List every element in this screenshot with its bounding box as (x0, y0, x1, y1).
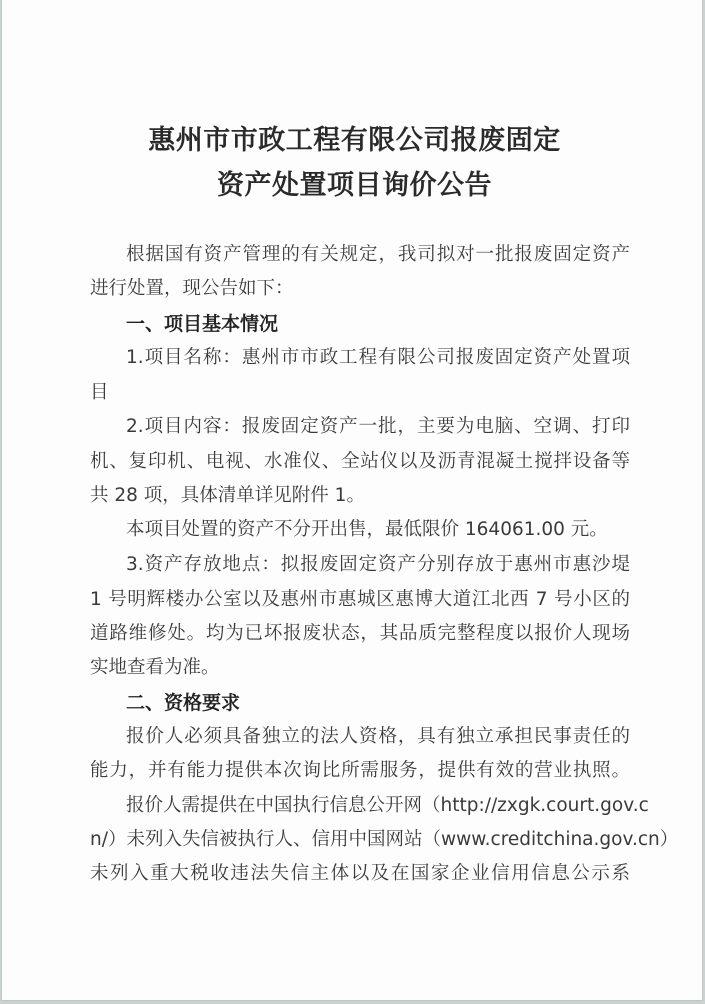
section-heading-qualification: 二、资格要求 (126, 691, 630, 715)
project-content-line-2: 机、复印机、电视、水准仪、全站仪以及沥青混凝土搅拌设备等 (90, 450, 630, 474)
intro-paragraph-line-2: 进行处置，现公告如下： (90, 277, 630, 301)
title-line-2: 资产处置项目询价公告 (2, 163, 705, 202)
section-heading-project-info: 一、项目基本情况 (126, 312, 630, 336)
credit-requirement-line-2: n/）未列入失信被执行人、信用中国网站（www.creditchina.gov.… (90, 828, 630, 852)
project-content-line-3: 共 28 项，具体清单详见附件 1。 (90, 484, 630, 508)
qualification-line-1: 报价人必须具备独立的法人资格，具有独立承担民事责任的 (126, 725, 630, 749)
title-line-1: 惠州市市政工程有限公司报废固定 (2, 118, 705, 157)
project-content-line-1: 2.项目内容：报废固定资产一批，主要为电脑、空调、打印 (126, 415, 630, 439)
minimum-price-line: 本项目处置的资产不分开出售，最低限价 164061.00 元。 (126, 518, 630, 542)
intro-paragraph-line-1: 根据国有资产管理的有关规定，我司拟对一批报废固定资产 (126, 243, 630, 267)
project-name-line-2: 目 (90, 381, 630, 405)
storage-location-line-2: 1 号明辉楼办公室以及惠州市惠城区惠博大道江北西 7 号小区的 (90, 588, 630, 612)
project-name-line-1: 1.项目名称：惠州市市政工程有限公司报废固定资产处置项 (126, 346, 630, 370)
storage-location-line-3: 道路维修处。均为已坏报废状态，其品质完整程度以报价人现场 (90, 622, 630, 646)
storage-location-line-1: 3.资产存放地点：拟报废固定资产分别存放于惠州市惠沙堤 (126, 553, 630, 577)
storage-location-line-4: 实地查看为准。 (90, 656, 630, 680)
qualification-line-2: 能力，并有能力提供本次询比所需服务，提供有效的营业执照。 (90, 759, 630, 783)
credit-requirement-line-1: 报价人需提供在中国执行信息公开网（http://zxgk.court.gov.c (126, 794, 630, 818)
document-page: 惠州市市政工程有限公司报废固定 资产处置项目询价公告 根据国有资产管理的有关规定… (1, 0, 703, 1001)
credit-requirement-line-3: 未列入重大税收违法失信主体以及在国家企业信用信息公示系 (90, 862, 630, 886)
